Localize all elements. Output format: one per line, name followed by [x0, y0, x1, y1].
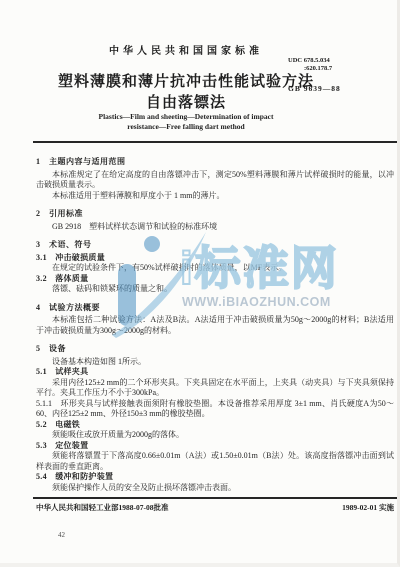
document-body: 1 主题内容与适用范围本标准规定了在给定高度的自由落镖冲击下，测定50%塑料薄膜… [36, 149, 394, 493]
subsection-heading: 5.1 试样夹具 [36, 367, 394, 378]
header-divider [33, 141, 397, 143]
paragraph: 在规定的试验条件下，有50%试样破损时的落体质量，以MF表示。 [36, 263, 394, 274]
section-heading: 1 主题内容与适用范围 [36, 157, 394, 168]
section-heading: 3 术语、符号 [36, 240, 394, 251]
paragraph: 落镖、砝码和锁紧环的质量之和。 [36, 284, 394, 295]
paragraph: 须能吸住或放开质量为2000g的落体。 [36, 430, 394, 441]
document-page: 中华人民共和国国家标准 UDC 678.5.034 :620.178.7 GB … [0, 0, 400, 567]
section-heading: 4 试验方法概要 [36, 303, 394, 314]
paragraph: 采用内径125±2 mm的二个环形夹具。下夹具固定在水平面上，上夹具（动夹具）与… [36, 378, 394, 399]
reference-line: GB 2918 塑料试样状态调节和试验的标准环境 [36, 222, 394, 233]
implementation-date: 1989-02-01 实施 [342, 502, 394, 513]
page-number: 42 [58, 531, 65, 539]
section-heading: 2 引用标准 [36, 209, 394, 220]
document-title-cn-line2: 自由落镖法 [0, 91, 372, 112]
paragraph: 5.1.1 环形夹具与试样接触表面须附有橡胶垫圈。本设备推荐采用厚度 3±1 m… [36, 399, 394, 420]
udc-line1: UDC 678.5.034 [288, 57, 378, 65]
document-title-en-line2: resistance—Free falling dart method [0, 122, 372, 131]
approval-note: 中华人民共和国轻工业部1988-07-08批准 [36, 502, 169, 513]
footer-divider [33, 497, 397, 499]
section-heading: 5 设备 [36, 344, 394, 355]
paragraph: 本标准适用于塑料薄膜和厚度小于 1 mm的薄片。 [36, 191, 394, 202]
subsection-heading: 3.1 冲击破损质量 [36, 253, 394, 264]
subsection-heading: 3.2 落体质量 [36, 274, 394, 285]
paragraph: 本标准包括二种试验方法：A法及B法。A法适用于冲击破损质量为50g～2000g的… [36, 315, 394, 336]
paragraph: 本标准规定了在给定高度的自由落镖冲击下，测定50%塑料薄膜和薄片试样破损时的能量… [36, 170, 394, 191]
document-title-en-line1: Plastics—Film and sheeting—Determination… [0, 112, 372, 121]
subsection-heading: 5.2 电磁铁 [36, 420, 394, 431]
footer: 中华人民共和国轻工业部1988-07-08批准 1989-02-01 实施 [36, 502, 394, 513]
subsection-heading: 5.3 定位装置 [36, 441, 394, 452]
paragraph: 设备基本构造如图 1所示。 [36, 357, 394, 368]
national-standard-label: 中华人民共和国国家标准 [0, 42, 372, 57]
document-title-cn-line1: 塑料薄膜和薄片抗冲击性能试验方法 [0, 70, 372, 91]
paragraph: 须能将落镖置于下落高度0.66±0.01m（A法）或1.50±0.01m（B法）… [36, 451, 394, 472]
subsection-heading: 5.4 缓冲和防护装置 [36, 472, 394, 483]
paragraph: 须能保护操作人员的安全及防止损坏落镖冲击表面。 [36, 483, 394, 494]
